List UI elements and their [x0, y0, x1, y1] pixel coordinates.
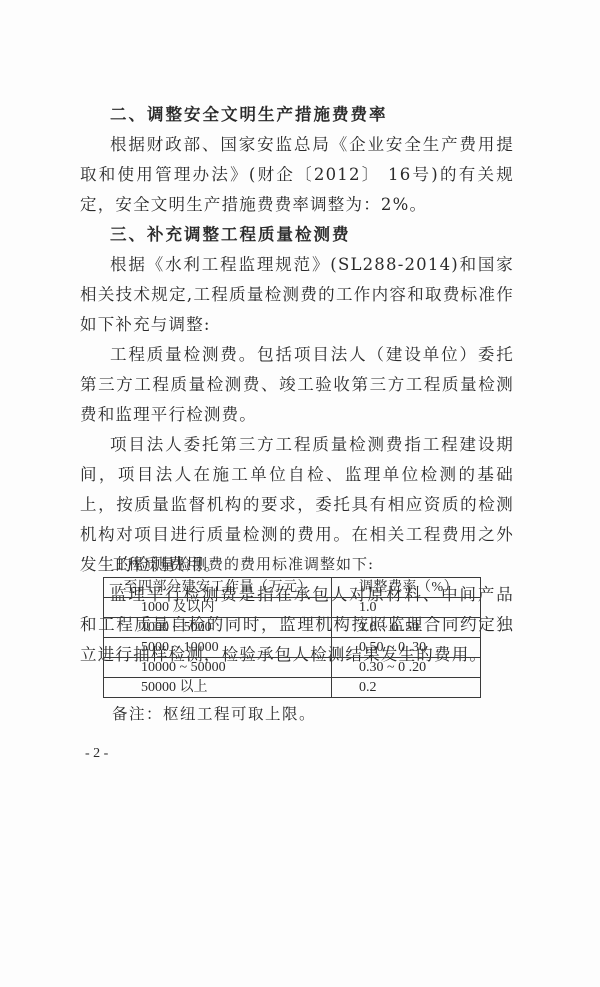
workload-cell: 1000 ~ 5000: [104, 618, 332, 638]
section-3-heading: 三、补充调整工程质量检测费: [80, 220, 514, 250]
workload-cell: 5000 ~ 10000: [104, 638, 332, 658]
table-note: 备注：枢纽工程可取上限。: [112, 702, 316, 726]
header-rate: 调整费率（%）: [332, 578, 481, 598]
rate-cell: 0.2: [332, 678, 481, 698]
document-page: 二、调整安全文明生产措施费费率 根据财政部、国家安监总局《企业安全生产费用提取和…: [0, 0, 600, 987]
table-row: 1000 及以内 1.0: [104, 598, 481, 618]
header-workload: 一至四部分建安工作量（万元）: [104, 578, 332, 598]
page-number: - 2 -: [85, 744, 108, 764]
workload-cell: 10000 ~ 50000: [104, 658, 332, 678]
table-row: 5000 ~ 10000 0.50 ~ 0 .30: [104, 638, 481, 658]
table-row: 10000 ~ 50000 0.30 ~ 0 .20: [104, 658, 481, 678]
table-row: 1000 ~ 5000 1.0 ~ 0 .50: [104, 618, 481, 638]
workload-cell: 1000 及以内: [104, 598, 332, 618]
rate-cell: 1.0: [332, 598, 481, 618]
section-2-paragraph: 根据财政部、国家安监总局《企业安全生产费用提取和使用管理办法》(财企〔2012〕…: [80, 130, 514, 220]
section-2-heading: 二、调整安全文明生产措施费费率: [80, 100, 514, 130]
workload-cell: 50000 以上: [104, 678, 332, 698]
rate-cell: 0.50 ~ 0 .30: [332, 638, 481, 658]
section-3-paragraph-2: 工程质量检测费。包括项目法人（建设单位）委托第三方工程质量检测费、竣工验收第三方…: [80, 340, 514, 430]
section-3-paragraph-1: 根据《水利工程监理规范》(SL288-2014)和国家相关技术规定,工程质量检测…: [80, 250, 514, 340]
table-row: 50000 以上 0.2: [104, 678, 481, 698]
table-header-row: 一至四部分建安工作量（万元） 调整费率（%）: [104, 578, 481, 598]
rate-cell: 0.30 ~ 0 .20: [332, 658, 481, 678]
rate-cell: 1.0 ~ 0 .50: [332, 618, 481, 638]
table-caption: 工程质量检测费的费用标准调整如下:: [112, 553, 374, 575]
fee-rate-table: 一至四部分建安工作量（万元） 调整费率（%） 1000 及以内 1.0 1000…: [103, 577, 481, 698]
